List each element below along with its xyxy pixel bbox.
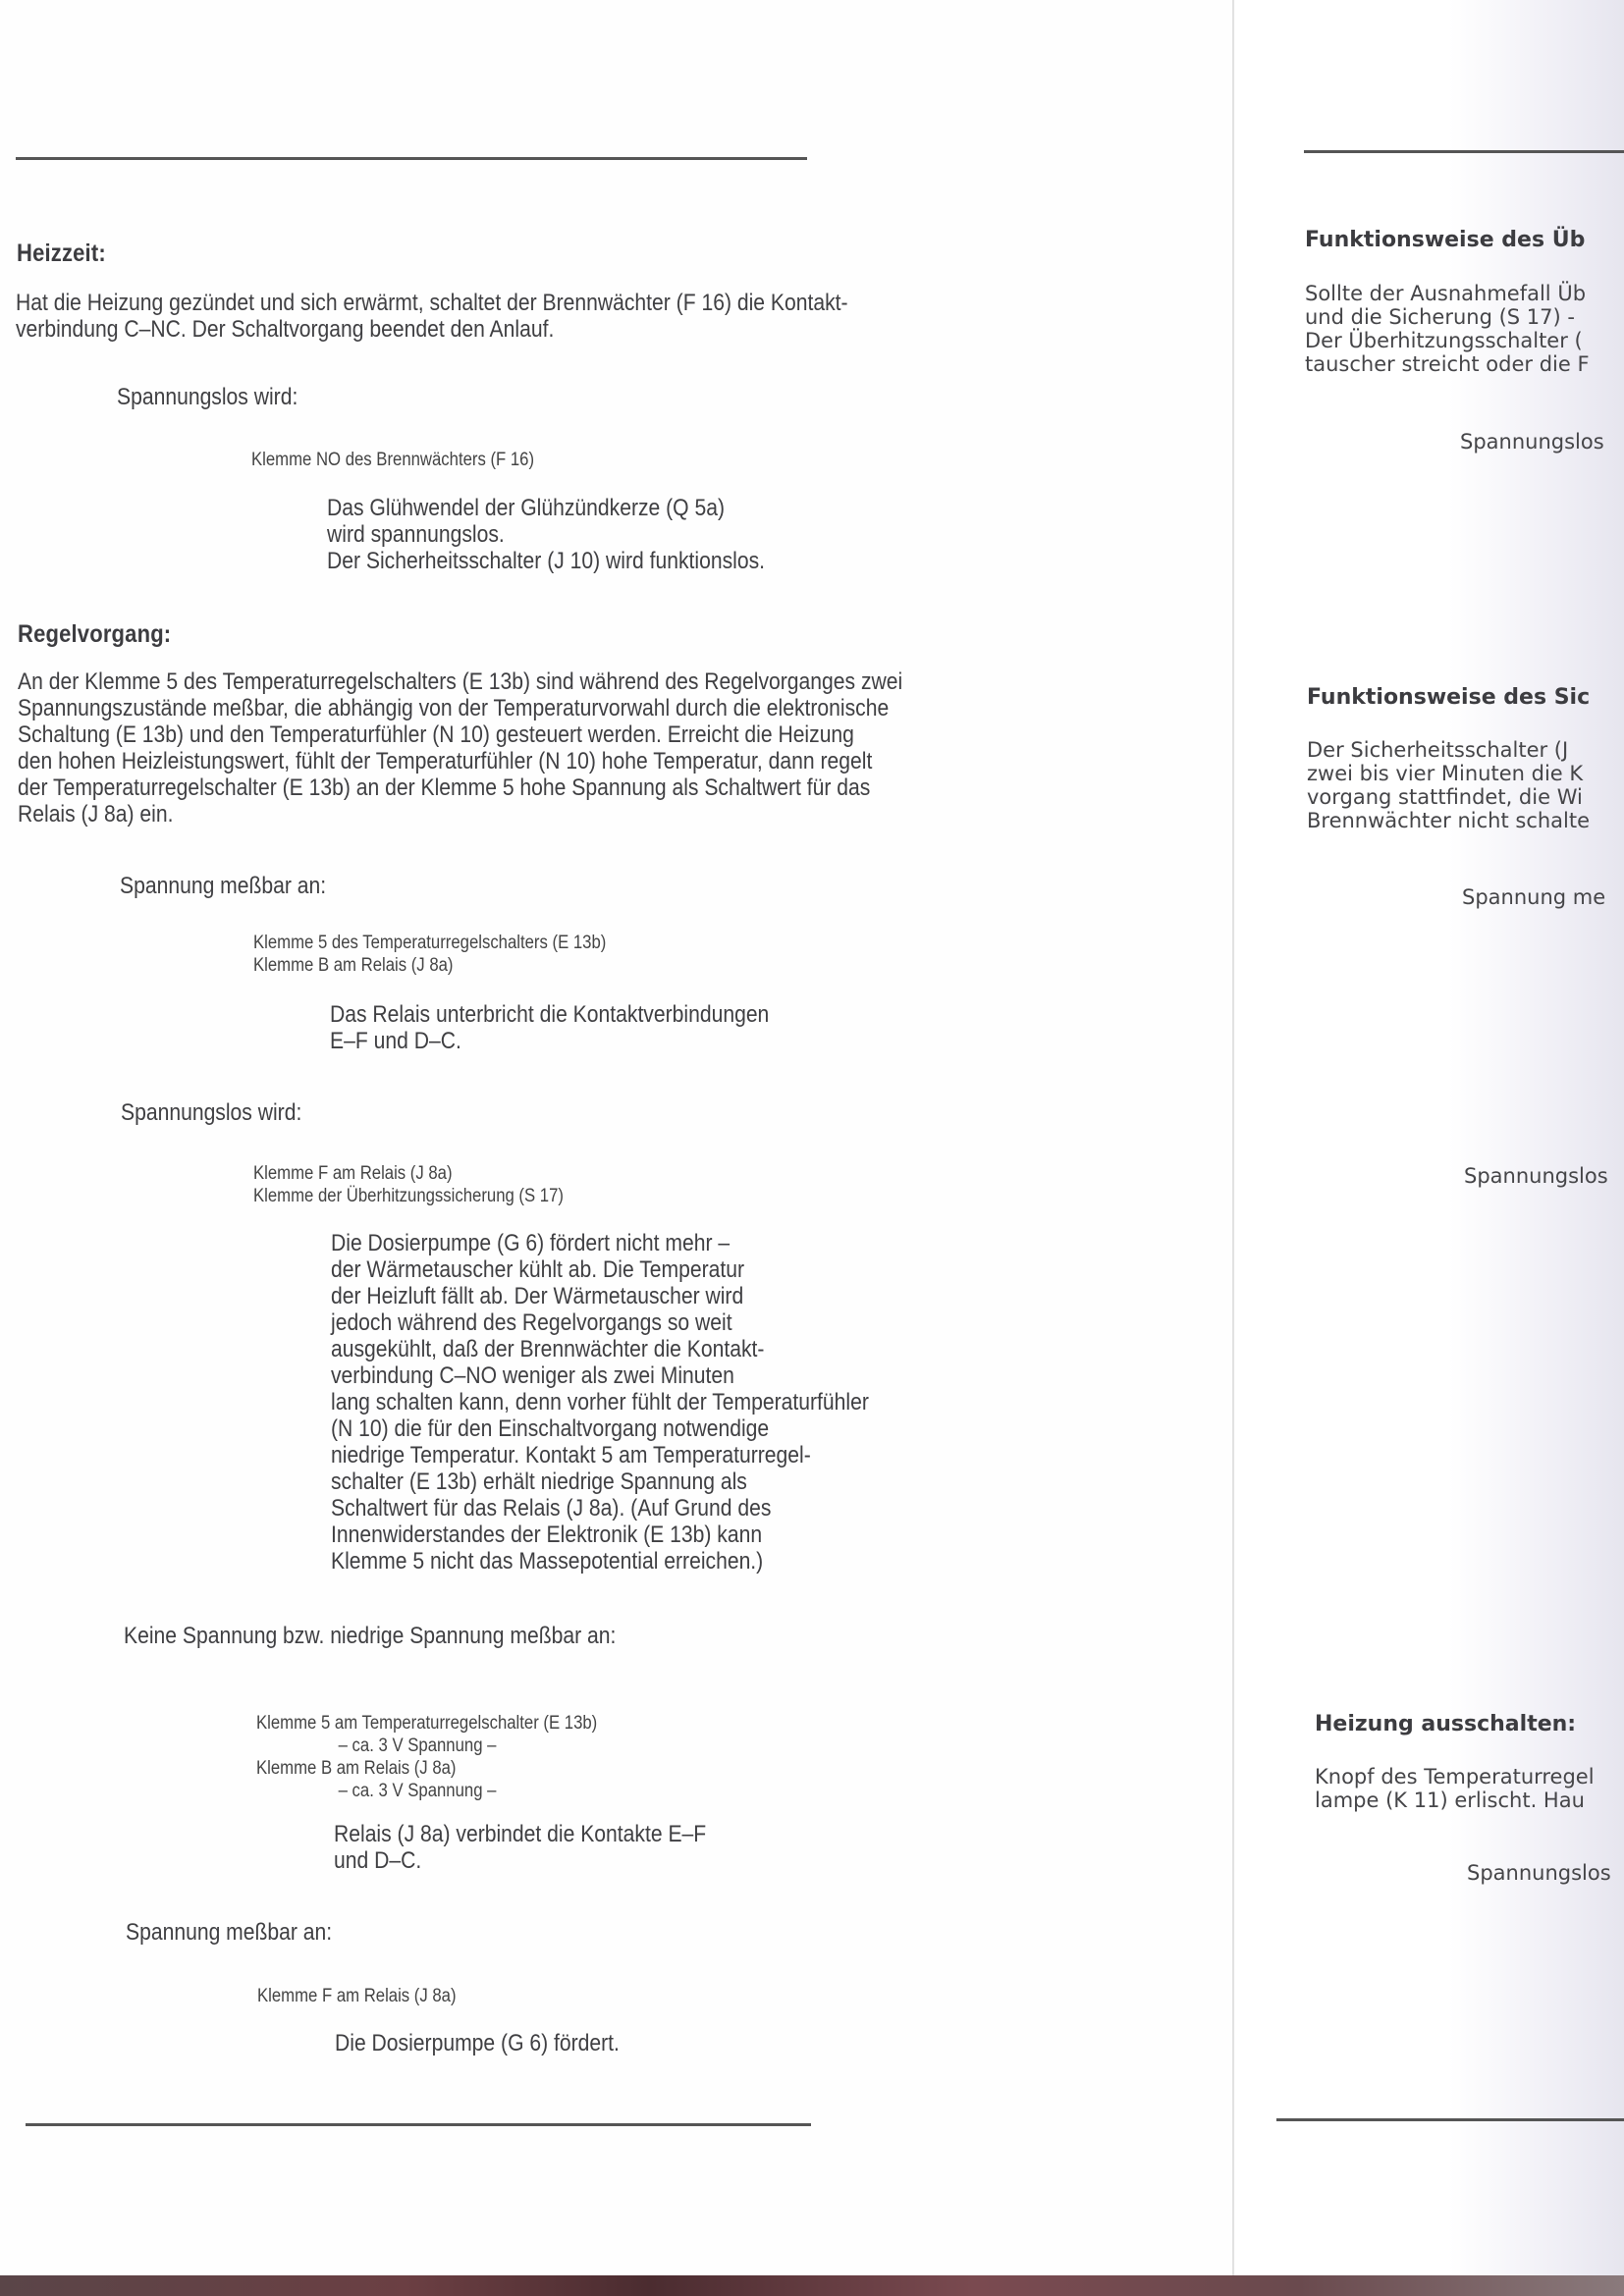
paragraph-heizung-ausschalten: Knopf des Temperaturregel lampe (K 11) e… [1315, 1765, 1595, 1812]
paragraph-regelvorgang: An der Klemme 5 des Temperaturregelschal… [18, 668, 902, 828]
label-spannung-messbar-2: Spannung meßbar an: [126, 1919, 332, 1946]
bottom-rule-right [1276, 2118, 1624, 2121]
label-spannungslos-right-2: Spannungslos [1464, 1164, 1608, 1188]
terminals-regel-4: Klemme F am Relais (J 8a) [257, 1985, 457, 2007]
terminals-heizzeit: Klemme NO des Brennwächters (F 16) [251, 449, 534, 471]
label-keine-spannung: Keine Spannung bzw. niedrige Spannung me… [124, 1623, 616, 1649]
terminals-regel-1: Klemme 5 des Temperaturregelschalters (E… [253, 932, 606, 977]
label-spannung-messbar-1: Spannung meßbar an: [120, 873, 326, 899]
paragraph-funktionsweise-sicherheit: Der Sicherheitsschalter (J zwei bis vier… [1307, 738, 1590, 832]
terminals-regel-2: Klemme F am Relais (J 8a) Klemme der Übe… [253, 1162, 564, 1207]
terminals-regel-3: Klemme 5 am Temperaturregelschalter (E 1… [256, 1712, 597, 1802]
bottom-rule-left [26, 2123, 811, 2126]
heading-heizung-ausschalten: Heizung ausschalten: [1315, 1712, 1576, 1736]
heading-funktionsweise-ueberhitzung: Funktionsweise des Üb [1305, 228, 1585, 252]
paragraph-heizzeit: Hat die Heizung gezündet und sich erwärm… [16, 290, 848, 343]
top-rule-right [1304, 150, 1624, 153]
heading-regelvorgang: Regelvorgang: [18, 620, 171, 649]
label-spannungslos-2: Spannungslos wird: [121, 1099, 301, 1126]
right-page-clip: Funktionsweise des Üb Sollte der Ausnahm… [1235, 0, 1624, 2275]
heading-funktionsweise-sicherheit: Funktionsweise des Sic [1307, 685, 1590, 710]
result-regel-1: Das Relais unterbricht die Kontaktverbin… [330, 1001, 769, 1054]
scan-background-strip [0, 2275, 1624, 2296]
heading-heizzeit: Heizzeit: [17, 240, 106, 268]
result-regel-2: Die Dosierpumpe (G 6) fördert nicht mehr… [331, 1230, 869, 1575]
label-spannungslos-right-1: Spannungslos [1460, 430, 1604, 454]
paragraph-funktionsweise-ueberhitzung: Sollte der Ausnahmefall Üb und die Siche… [1305, 282, 1590, 376]
result-regel-3: Relais (J 8a) verbindet die Kontakte E–F… [334, 1821, 706, 1874]
label-spannungslos-1: Spannungslos wird: [117, 384, 298, 410]
label-spannung-right: Spannung me [1462, 885, 1605, 909]
result-heizzeit: Das Glühwendel der Glühzündkerze (Q 5a) … [327, 495, 765, 574]
page-gutter [1232, 0, 1234, 2275]
result-regel-4: Die Dosierpumpe (G 6) fördert. [335, 2030, 620, 2056]
label-spannungslos-right-3: Spannungslos [1467, 1861, 1611, 1885]
top-rule-left [16, 157, 807, 160]
